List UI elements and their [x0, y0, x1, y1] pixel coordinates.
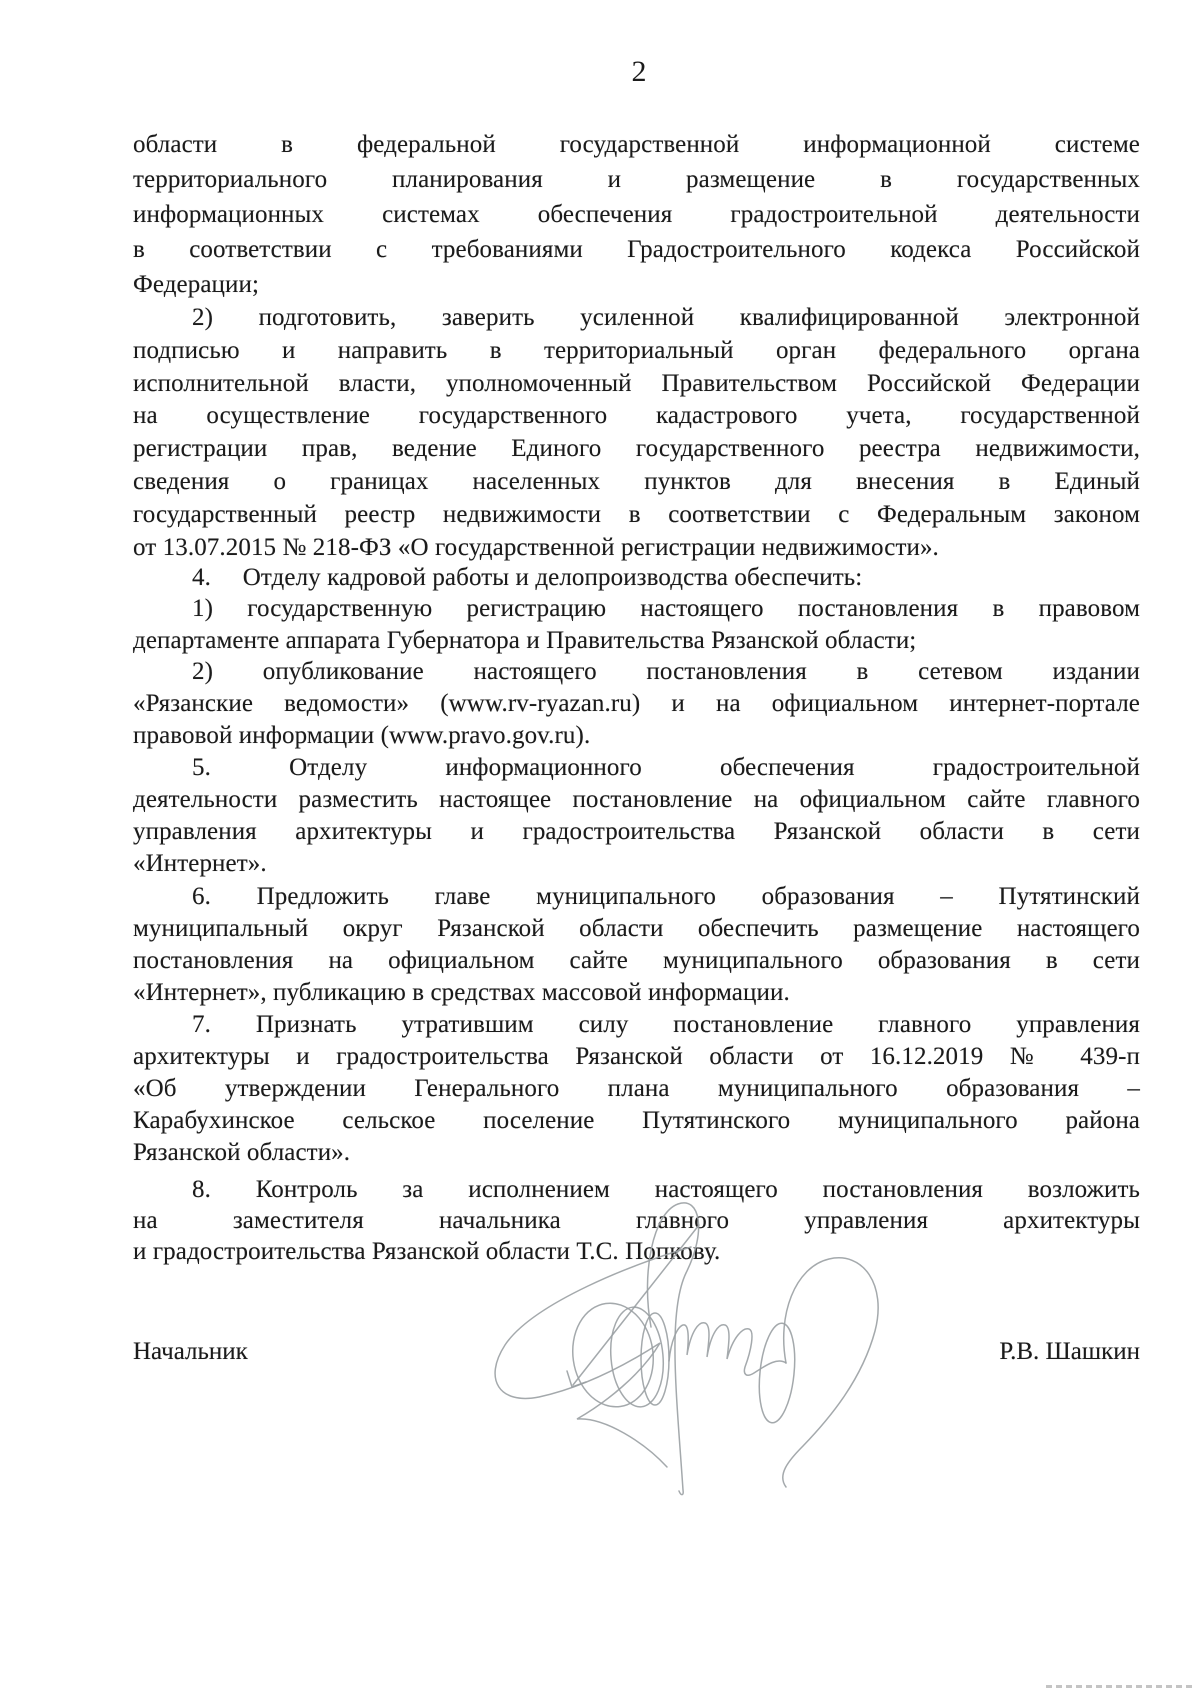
text-line: в соответствии с требованиями Градострои… — [133, 232, 1140, 267]
text-line: территориального планирования и размещен… — [133, 162, 1140, 197]
text-line: 4. Отделу кадровой работы и делопроизвод… — [133, 562, 1140, 594]
text-line: информационных системах обеспечения град… — [133, 197, 1140, 232]
text-line: исполнительной власти, уполномоченный Пр… — [133, 368, 1140, 401]
text-line: управления архитектуры и градостроительс… — [133, 816, 1140, 848]
text-line: «Интернет». — [133, 848, 1140, 880]
paragraph: 5. Отделу информационного обеспечения гр… — [133, 752, 1140, 880]
text-line: постановления на официальном сайте муниц… — [133, 945, 1140, 977]
paragraph: области в федеральной государственной ин… — [133, 127, 1140, 302]
text-line: подписью и направить в территориальный о… — [133, 335, 1140, 368]
position-title: Начальник — [133, 1339, 248, 1364]
paragraph: 4. Отделу кадровой работы и делопроизвод… — [133, 562, 1140, 594]
paragraph: 7. Признать утратившим силу постановлени… — [133, 1009, 1140, 1169]
text-line: правовой информации (www.pravo.gov.ru). — [133, 720, 1140, 752]
text-line: сведения о границах населенных пунктов д… — [133, 466, 1140, 499]
text-line: 2) опубликование настоящего постановлени… — [133, 656, 1140, 688]
handwritten-signature — [455, 1155, 895, 1500]
text-line: муниципальный округ Рязанской области об… — [133, 913, 1140, 945]
text-line: Федерации; — [133, 267, 1140, 302]
text-line: области в федеральной государственной ин… — [133, 127, 1140, 162]
text-line: от 13.07.2015 № 218-ФЗ «О государственно… — [133, 532, 1140, 565]
text-line: «Об утверждении Генерального плана муниц… — [133, 1073, 1140, 1105]
text-line: деятельности разместить настоящее постан… — [133, 784, 1140, 816]
paragraph: 6. Предложить главе муниципального образ… — [133, 881, 1140, 1009]
paragraph: 2) подготовить, заверить усиленной квали… — [133, 302, 1140, 564]
text-line: 6. Предложить главе муниципального образ… — [133, 881, 1140, 913]
text-line: регистрации прав, ведение Единого госуда… — [133, 433, 1140, 466]
signer-name: Р.В. Шашкин — [999, 1339, 1140, 1364]
text-line: «Рязанские ведомости» (www.rv-ryazan.ru)… — [133, 688, 1140, 720]
page-number: 2 — [0, 57, 1200, 87]
text-line: 1) государственную регистрацию настоящег… — [133, 593, 1140, 625]
text-line: департаменте аппарата Губернатора и Прав… — [133, 625, 1140, 657]
text-line: Карабухинское сельское поселение Путятин… — [133, 1105, 1140, 1137]
document-page: 2 области в федеральной государственной … — [0, 0, 1200, 1697]
text-line: 5. Отделу информационного обеспечения гр… — [133, 752, 1140, 784]
text-line: 2) подготовить, заверить усиленной квали… — [133, 302, 1140, 335]
text-line: архитектуры и градостроительства Рязанск… — [133, 1041, 1140, 1073]
text-line: государственный реестр недвижимости в со… — [133, 499, 1140, 532]
paragraph: 2) опубликование настоящего постановлени… — [133, 656, 1140, 752]
text-line: на осуществление государственного кадаст… — [133, 400, 1140, 433]
paragraph: 1) государственную регистрацию настоящег… — [133, 593, 1140, 657]
text-line: 7. Признать утратившим силу постановлени… — [133, 1009, 1140, 1041]
text-line: «Интернет», публикацию в средствах массо… — [133, 977, 1140, 1009]
scan-edge-artifact — [1046, 1685, 1196, 1688]
